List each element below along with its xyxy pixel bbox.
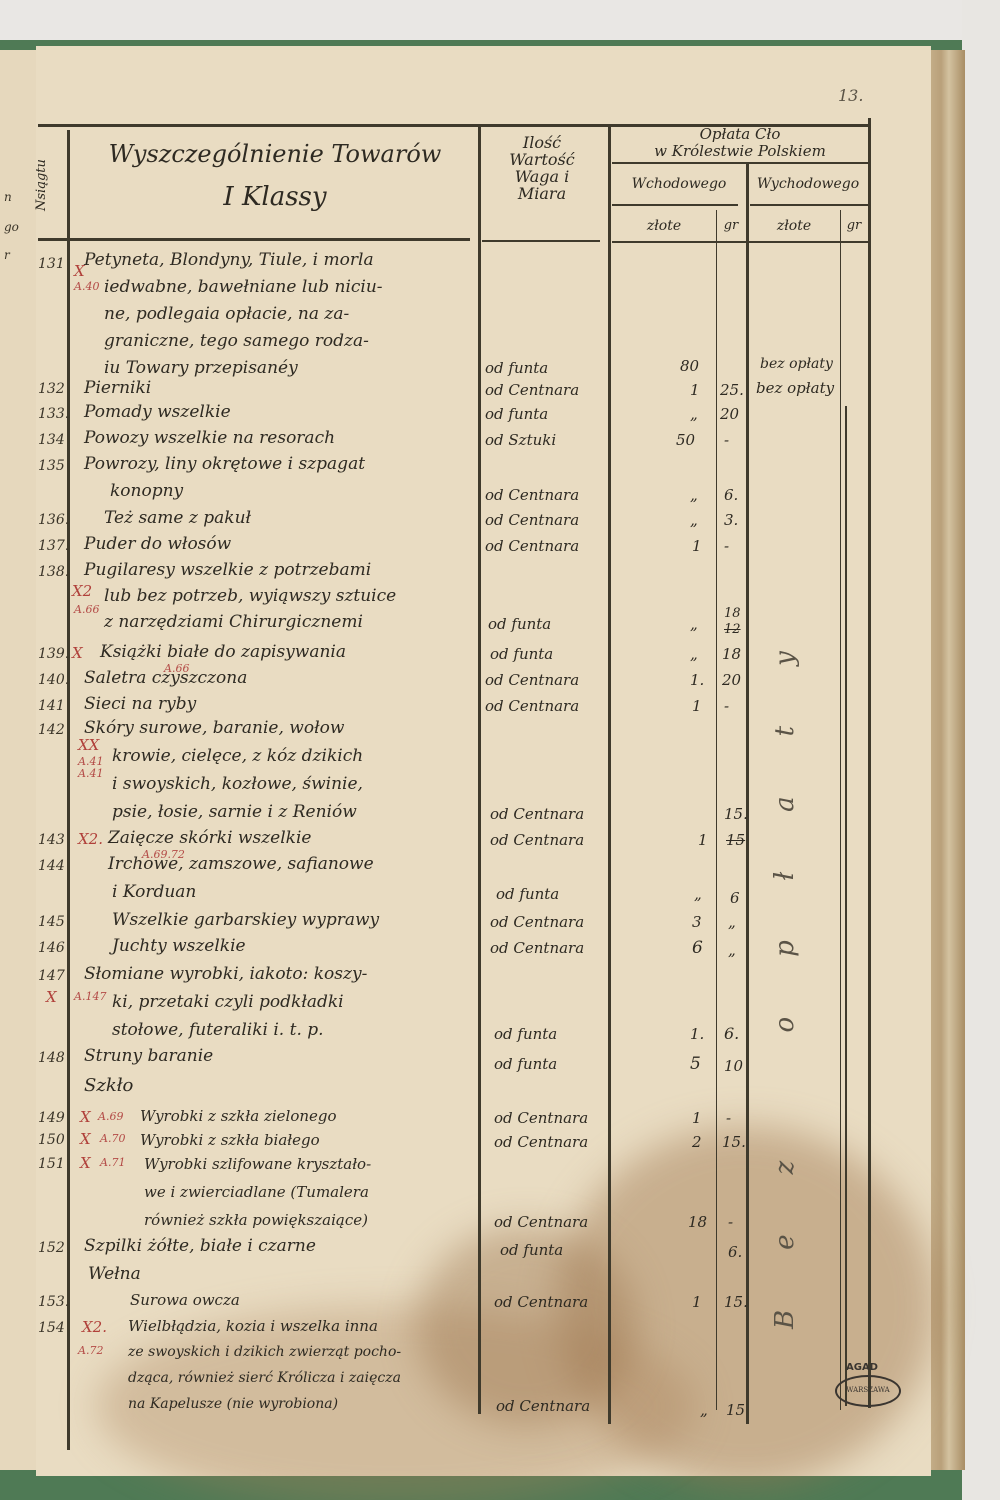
header-rule — [612, 204, 738, 206]
row-number: 144 — [38, 858, 65, 874]
row-unit: od Centnara — [485, 380, 579, 400]
row-mark: X2. — [82, 1318, 107, 1336]
row-description: graniczne, tego samego rodza- — [104, 331, 369, 351]
left-page-fragment: r — [4, 248, 10, 262]
archive-stamp: WARSZAWA — [835, 1375, 901, 1407]
column-rule — [608, 124, 611, 1424]
row-unit: od Centnara — [494, 1212, 588, 1232]
row-description: Saletra czyszczona — [84, 668, 247, 688]
row-unit: od Centnara — [490, 912, 584, 932]
row-import-gr: 15. — [724, 804, 748, 824]
row-import-gr: - — [726, 1108, 731, 1128]
row-import-gr: - — [724, 430, 729, 450]
row-description: Wszelkie garbarskiey wyprawy — [112, 910, 379, 930]
row-import-zlote: 1 — [698, 830, 708, 850]
row-import-zlote: 1 — [692, 536, 702, 556]
row-import-gr: 6. — [724, 1024, 739, 1044]
column-rule — [478, 124, 481, 1414]
row-import-zlote: 50 — [676, 430, 695, 450]
row-unit: od funta — [485, 358, 548, 378]
row-mark: X — [80, 1154, 91, 1172]
header-zlote: złote — [748, 218, 840, 234]
row-description: ki, przetaki czyli podkładki — [112, 992, 344, 1012]
row-description: i Korduan — [112, 882, 196, 902]
row-number: 133. — [38, 406, 69, 422]
row-import-gr: 3. — [724, 510, 738, 530]
row-description: dząca, również sierć Królicza i zaięcza — [128, 1368, 401, 1388]
row-description: Szpilki żółte, białe i czarne — [84, 1236, 316, 1256]
row-unit: od Centnara — [485, 536, 579, 556]
row-import-zlote: „ — [690, 404, 698, 424]
row-import-gr: 20 — [720, 404, 739, 424]
row-number: 148 — [38, 1050, 65, 1066]
row-import-gr: 18 — [722, 644, 741, 664]
row-import-zlote: 1 — [692, 696, 702, 716]
row-import-gr: - — [728, 1212, 733, 1232]
row-description: krowie, cielęce, z kóz dzikich — [112, 746, 363, 766]
header-rule — [750, 204, 868, 206]
row-unit: od Centnara — [490, 830, 584, 850]
row-import-gr: „ — [728, 912, 736, 932]
row-import-zlote: „ — [694, 884, 702, 904]
row-number: 138. — [38, 564, 69, 580]
row-unit: od Centnara — [485, 670, 579, 690]
page-number: 13. — [838, 86, 863, 105]
row-description: Pugilaresy wszelkie z potrzebami — [84, 560, 371, 580]
row-import-gr: 15 — [726, 830, 745, 850]
row-number: 131 — [38, 256, 65, 272]
row-ref: A.69 — [98, 1110, 123, 1123]
header-quantity: Ilość Wartość Waga i Miara — [482, 134, 602, 202]
row-number: 151 — [38, 1156, 65, 1172]
margin-note-vertical: Bez opłaty — [770, 520, 810, 1400]
header-gr: gr — [840, 218, 868, 233]
row-mark: X2 — [72, 582, 92, 600]
header-number-column: Nsiągtu — [34, 140, 64, 230]
row-description: ne, podlegaia opłacie, na za- — [104, 304, 349, 324]
row-unit: od Centnara — [490, 938, 584, 958]
row-description: we i zwierciadlane (Tumalera — [144, 1182, 369, 1202]
row-import-zlote: „ — [700, 1400, 708, 1420]
row-description: Pomady wszelkie — [84, 402, 231, 422]
page-edges — [925, 50, 965, 1470]
row-description: Struny baranie — [84, 1046, 213, 1066]
row-mark: X — [72, 644, 83, 662]
row-description: Irchowe, zamszowe, safianowe — [108, 854, 374, 874]
row-mark: X — [46, 988, 57, 1006]
header-quantity-line: Waga i — [482, 168, 602, 185]
row-import-gr: 15. — [722, 1132, 746, 1152]
row-unit: od Centnara — [485, 510, 579, 530]
column-rule — [67, 130, 70, 1450]
row-description: ze swoyskich i dzikich zwierząt pocho- — [128, 1342, 401, 1362]
row-mark: X — [80, 1108, 91, 1126]
row-unit: od Centnara — [496, 1396, 590, 1416]
row-unit: od Centnara — [490, 804, 584, 824]
left-page-fragment: n — [4, 190, 12, 204]
row-ref: A.66 — [74, 603, 99, 616]
row-number: 149 — [38, 1110, 65, 1126]
header-description-line2: I Klassy — [80, 182, 470, 212]
row-number: 146 — [38, 940, 65, 956]
row-description: Juchty wszelkie — [112, 936, 246, 956]
row-import-zlote: 18 — [688, 1212, 707, 1232]
row-unit: od funta — [494, 1024, 557, 1044]
row-number: 140. — [38, 672, 69, 688]
row-number: 139. — [38, 646, 69, 662]
background — [962, 0, 1000, 1500]
row-description: Powozy wszelkie na resorach — [84, 428, 335, 448]
row-description: Książki białe do zapisywania — [100, 642, 346, 662]
row-description: Powrozy, liny okrętowe i szpagat — [84, 454, 365, 474]
row-import-gr: 20 — [722, 670, 741, 690]
column-rule — [845, 406, 847, 1406]
row-import-gr: 6 — [730, 888, 740, 908]
row-import-zlote: 2 — [692, 1132, 702, 1152]
row-number: 143 — [38, 832, 65, 848]
row-description: konopny — [110, 481, 183, 501]
row-import-zlote: 3 — [692, 912, 702, 932]
row-number: 154 — [38, 1320, 65, 1336]
row-description: lub bez potrzeb, wyiąwszy sztuice — [104, 586, 396, 606]
header-duty: Opłata Cło w Królestwie Polskiem — [612, 126, 868, 160]
column-rule-thin — [840, 210, 841, 1410]
row-ref: A.72 — [78, 1344, 103, 1357]
row-number: 137. — [38, 538, 69, 554]
header-description-line1: Wyszczególnienie Towarów — [80, 140, 470, 168]
row-import-gr: „ — [728, 940, 736, 960]
row-import-zlote: 1 — [692, 1108, 702, 1128]
row-unit: od Centnara — [494, 1108, 588, 1128]
column-rule-thin — [716, 210, 717, 1410]
row-import-zlote: 5 — [690, 1054, 701, 1074]
header-quantity-line: Miara — [482, 185, 602, 202]
row-import-gr: 6. — [728, 1242, 742, 1262]
row-description: Skóry surowe, baranie, wołow — [84, 718, 344, 738]
row-unit: od funta — [494, 1054, 557, 1074]
row-import-zlote: 1. — [690, 1024, 704, 1044]
row-number: 142 — [38, 722, 65, 738]
row-description: na Kapelusze (nie wyrobiona) — [128, 1394, 338, 1414]
row-description: psie, łosie, sarnie i z Reniów — [112, 802, 357, 822]
row-description: również szkła powiększaiące) — [144, 1210, 368, 1230]
row-unit: od funta — [485, 404, 548, 424]
row-description: Też same z pakuł — [104, 508, 251, 528]
header-bottom-rule — [482, 240, 600, 242]
row-number: 135 — [38, 458, 65, 474]
left-page-fragment: go — [4, 220, 19, 234]
row-number: 145 — [38, 914, 65, 930]
row-unit: od funta — [496, 884, 559, 904]
row-unit: od Centnara — [485, 696, 579, 716]
archive-stamp-top: AGAD — [846, 1362, 878, 1373]
row-unit: od Centnara — [494, 1132, 588, 1152]
row-ref: A.71 — [100, 1156, 125, 1169]
row-number: 132 — [38, 381, 65, 397]
header-zlote: złote — [612, 218, 716, 234]
header-duty-line: Opłata Cło — [612, 126, 868, 143]
row-description: iedwabne, bawełniane lub niciu- — [104, 277, 383, 297]
row-description: Wyrobki szlifowane kryształo- — [144, 1154, 371, 1174]
row-number: 150 — [38, 1132, 65, 1148]
row-export: bez opłaty — [760, 354, 833, 374]
section-title: Szkło — [84, 1076, 133, 1096]
row-description: Petyneta, Blondyny, Tiule, i morla — [84, 250, 374, 270]
row-import-gr-struck: 12 — [724, 620, 741, 640]
row-mark: X — [80, 1130, 91, 1148]
row-import-zlote: 1. — [690, 670, 704, 690]
row-description: stołowe, futeraliki i. t. p. — [112, 1020, 324, 1040]
row-description: Wyrobki z szkła białego — [140, 1130, 320, 1150]
row-import-gr: 25. — [720, 380, 744, 400]
row-import-zlote: 1 — [692, 1292, 702, 1312]
row-export: bez opłaty — [756, 378, 834, 398]
row-import-gr: 15 — [726, 1400, 745, 1420]
row-import-gr: 10 — [724, 1056, 743, 1076]
row-import-zlote: 1 — [690, 380, 700, 400]
row-number: 134 — [38, 432, 65, 448]
section-title: Wełna — [88, 1264, 141, 1284]
row-unit: od funta — [488, 614, 551, 634]
row-number: 147 — [38, 968, 65, 984]
row-import-zlote: 6 — [692, 938, 703, 958]
row-ref: A.70 — [100, 1132, 125, 1145]
row-description: iu Towary przepisanéy — [104, 358, 298, 378]
column-rule — [868, 118, 871, 1408]
row-import-gr: 15. — [724, 1292, 748, 1312]
row-description: Słomiane wyrobki, iakoto: koszy- — [84, 964, 367, 984]
row-number: 152 — [38, 1240, 65, 1256]
row-number: 141 — [38, 698, 65, 714]
header-quantity-line: Wartość — [482, 151, 602, 168]
row-mark: XX — [78, 736, 99, 754]
header-rule — [612, 241, 868, 243]
row-import-zlote: „ — [690, 644, 698, 664]
row-import-zlote: „ — [690, 614, 698, 634]
header-import: Wchodowego — [612, 176, 746, 192]
row-number: 153. — [38, 1294, 69, 1310]
row-unit: od funta — [490, 644, 553, 664]
row-description: i swoyskich, kozłowe, świnie, — [112, 774, 363, 794]
row-number: 136. — [38, 512, 69, 528]
header-rule — [612, 162, 870, 164]
row-description: z narzędziami Chirurgicznemi — [104, 612, 363, 632]
left-page: n go r — [0, 50, 40, 1470]
row-import-zlote: 80 — [680, 356, 699, 376]
row-import-gr: - — [724, 536, 729, 556]
header-export: Wychodowego — [748, 176, 868, 192]
row-ref: A.147 — [74, 990, 106, 1003]
row-ref: A.40 — [74, 280, 99, 293]
header-bottom-rule — [38, 238, 470, 241]
row-mark: X2. — [78, 830, 103, 848]
row-import-gr: - — [724, 696, 729, 716]
header-quantity-line: Ilość — [482, 134, 602, 151]
row-description: Surowa owcza — [130, 1290, 240, 1310]
row-unit: od Sztuki — [485, 430, 556, 450]
header-gr: gr — [716, 218, 746, 233]
row-unit: od funta — [500, 1240, 563, 1260]
row-unit: od Centnara — [494, 1292, 588, 1312]
row-description: Wielbłądzia, kozia i wszelka inna — [128, 1316, 378, 1336]
row-import-gr: 6. — [724, 485, 738, 505]
row-description: Zaięcze skórki wszelkie — [108, 828, 311, 848]
row-import-zlote: „ — [690, 485, 698, 505]
row-import-zlote: „ — [690, 510, 698, 530]
row-description: Pierniki — [84, 378, 151, 398]
row-description: Puder do włosów — [84, 534, 231, 554]
row-unit: od Centnara — [485, 485, 579, 505]
row-description: Sieci na ryby — [84, 694, 196, 714]
column-rule — [746, 164, 749, 1424]
header-duty-line: w Królestwie Polskiem — [612, 143, 868, 160]
row-ref: A.41 A.41 — [78, 756, 98, 780]
row-description: Wyrobki z szkła zielonego — [140, 1106, 337, 1126]
